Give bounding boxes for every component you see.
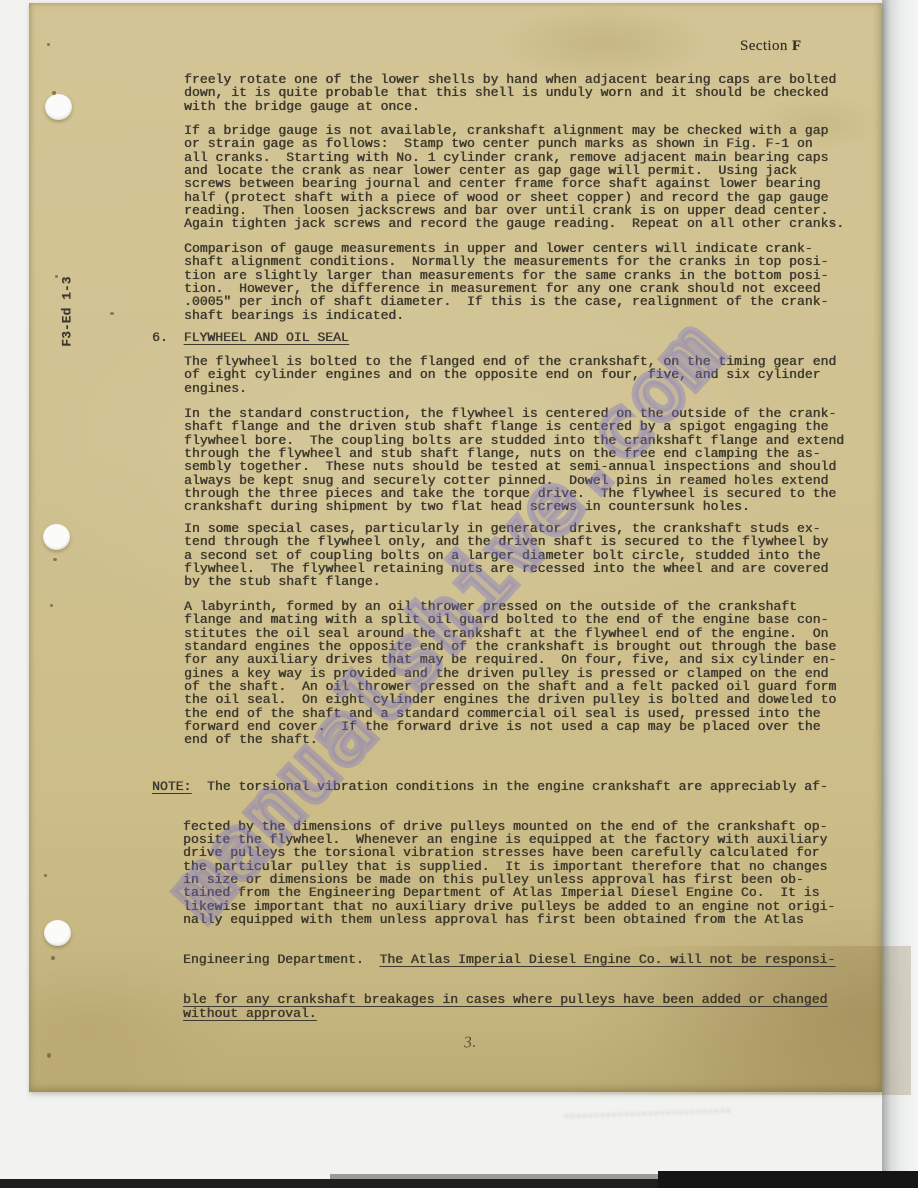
paragraph-bearing-shells: freely rotate one of the lower shells by…	[184, 73, 836, 113]
note-first-line: NOTE: The torsional vibration conditions…	[152, 780, 835, 793]
paper-speck	[110, 312, 114, 315]
section-header: Section F	[740, 38, 802, 55]
section-heading: 6.FLYWHEEL AND OIL SEAL	[152, 331, 349, 344]
note-block: NOTE: The torsional vibration conditions…	[152, 753, 835, 1047]
paragraph-labyrinth-oil-seal: A labyrinth, formed by an oil thrower pr…	[184, 600, 836, 747]
paper-speck	[53, 558, 57, 561]
scan-smudge	[565, 1109, 730, 1130]
page-number: 3.	[463, 1034, 477, 1053]
section-heading-number: 6.	[152, 330, 168, 345]
section-letter: F	[792, 38, 802, 54]
paper-speck	[44, 874, 47, 877]
punch-hole-top	[45, 94, 72, 120]
section-word: Section	[740, 38, 788, 54]
paper-speck	[47, 43, 50, 46]
paragraph-standard-construction: In the standard construction, the flywhe…	[184, 407, 844, 514]
edition-code: F3-Ed 1-3	[60, 265, 75, 359]
note-first-line-text: The torsional vibration conditions in th…	[191, 779, 827, 794]
paragraph-gap-gage-check: If a bridge gauge is not available, cran…	[184, 124, 844, 231]
note-warning-tail: ble for any crankshaft breakages in case…	[183, 993, 835, 1020]
paragraph-flywheel-bolted: The flywheel is bolted to the flanged en…	[184, 355, 836, 395]
note-label: NOTE:	[152, 779, 191, 794]
paper-speck	[55, 275, 58, 278]
section-heading-title: FLYWHEEL AND OIL SEAL	[184, 330, 349, 345]
paper-speck	[47, 1053, 51, 1058]
scan-footer-black-bar-right	[658, 1171, 918, 1188]
note-warning-line: Engineering Department. The Atlas Imperi…	[183, 953, 835, 966]
paper-speck	[52, 91, 56, 95]
note-warning-underlined: The Atlas Imperial Diesel Engine Co. wil…	[379, 952, 835, 967]
note-warning-prefix: Engineering Department.	[183, 952, 379, 967]
paragraph-generator-drives: In some special cases, particularly in g…	[184, 522, 828, 589]
punch-hole-bottom	[44, 920, 71, 946]
note-body-lines: fected by the dimensions of drive pulley…	[183, 820, 835, 927]
paper-speck	[51, 956, 55, 960]
punch-hole-middle	[43, 524, 70, 550]
paragraph-gauge-comparison: Comparison of gauge measurements in uppe…	[184, 242, 828, 322]
scanned-manual-page: Section F F3-Ed 1-3 freely rotate one of…	[0, 0, 918, 1188]
paper-speck	[50, 604, 53, 607]
